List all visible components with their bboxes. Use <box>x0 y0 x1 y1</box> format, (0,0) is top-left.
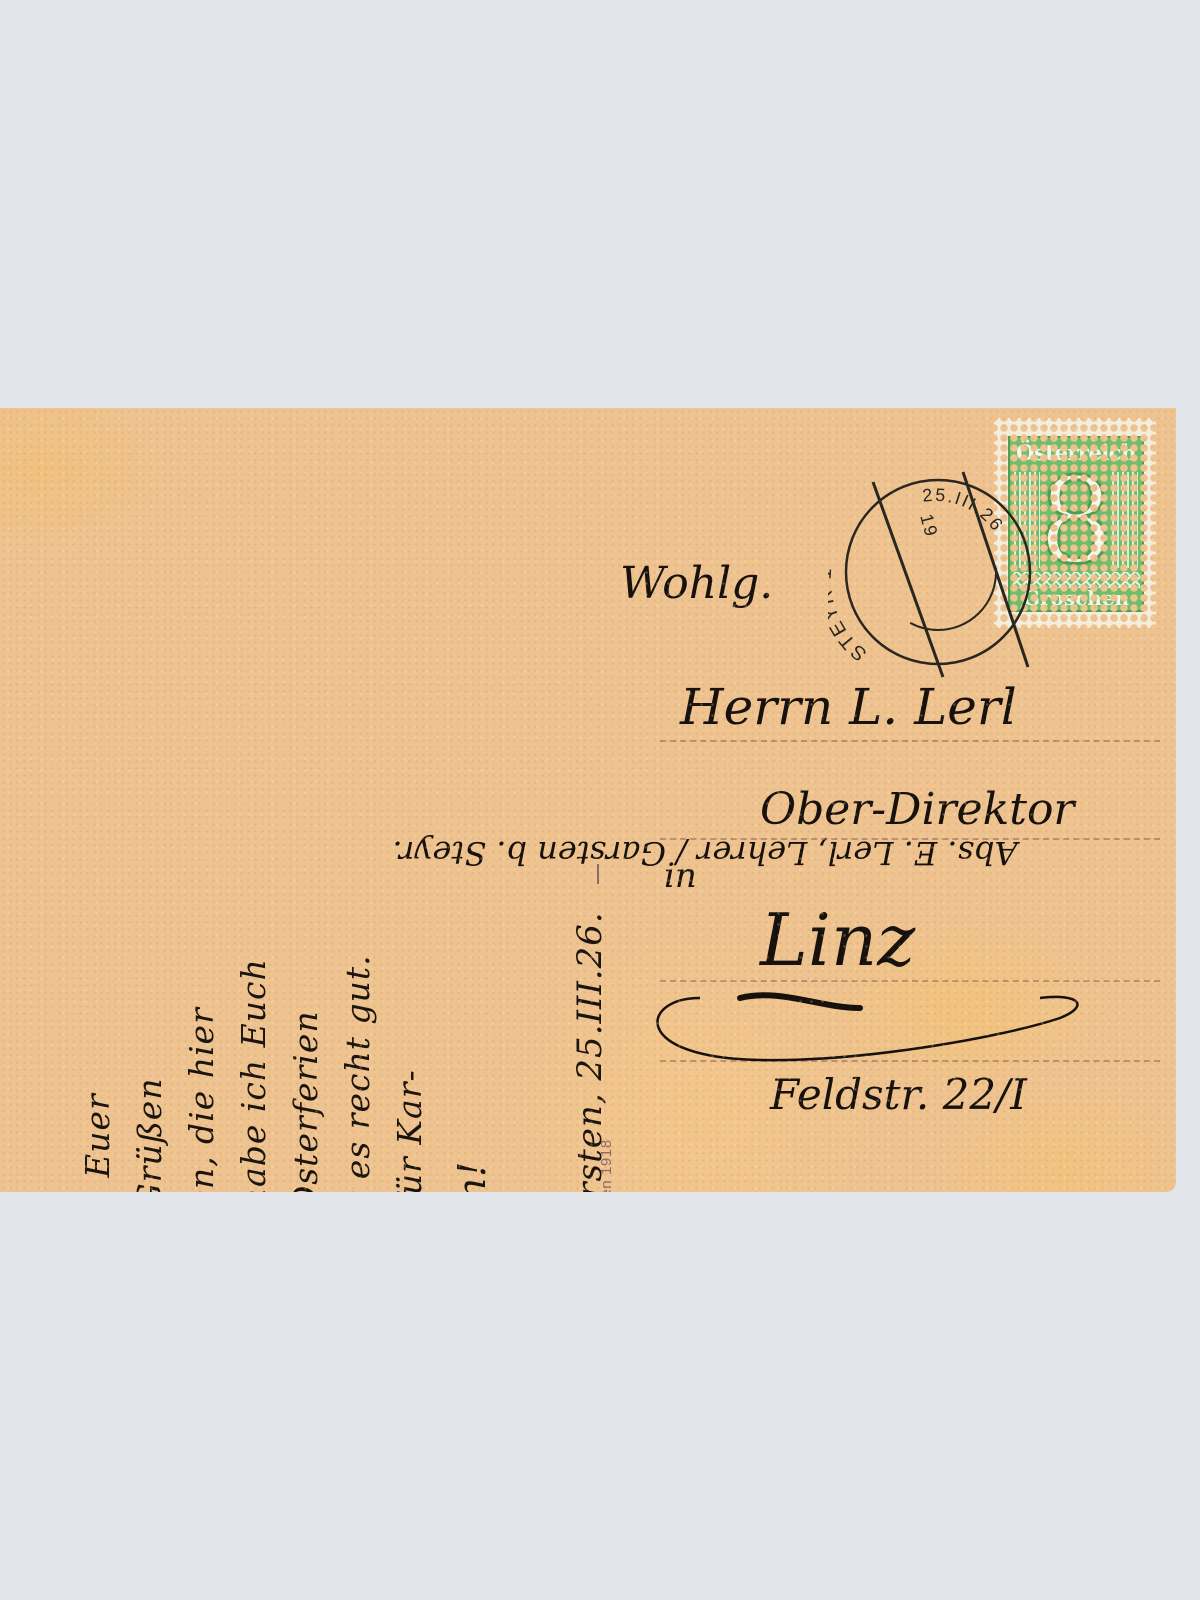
message-line: Herzlichsten Dank für Kar- <box>390 1069 429 1192</box>
message-line: die Sachen zu erzählen, die hier <box>182 1007 221 1192</box>
address-rule <box>660 740 1160 742</box>
message-line: nach Hause komme, habe ich Euch <box>234 958 273 1192</box>
message-line: Nachdem ich in den Osterferien <box>286 1010 325 1192</box>
address-rule <box>660 838 1160 840</box>
address-salutation: Wohlg. <box>620 558 773 609</box>
message-line: und Küssen bleibe ich Euer <box>78 1093 117 1192</box>
address-prefix: in <box>664 856 697 896</box>
underline-flourish <box>640 978 1100 1088</box>
address-city: Linz <box>760 898 915 982</box>
stamp-design: Österreich 8 Groschen <box>1008 436 1144 612</box>
message-line: geschehen sind. Mit Grüßen <box>130 1077 169 1192</box>
message-greeting: Liebe Eltern! <box>450 1161 494 1192</box>
stamp-unit: Groschen <box>1010 586 1142 610</box>
address-name: Herrn L. Lerl <box>680 678 1017 736</box>
postage-stamp: Österreich 8 Groschen <box>994 418 1156 628</box>
address-title: Ober-Direktor <box>760 784 1074 835</box>
message-place-date: Garsten, 25.III.26. <box>570 911 610 1192</box>
stamp-value: 8 <box>1010 462 1142 580</box>
message-line: te und Brief. Mir geht es recht gut. <box>338 954 377 1192</box>
